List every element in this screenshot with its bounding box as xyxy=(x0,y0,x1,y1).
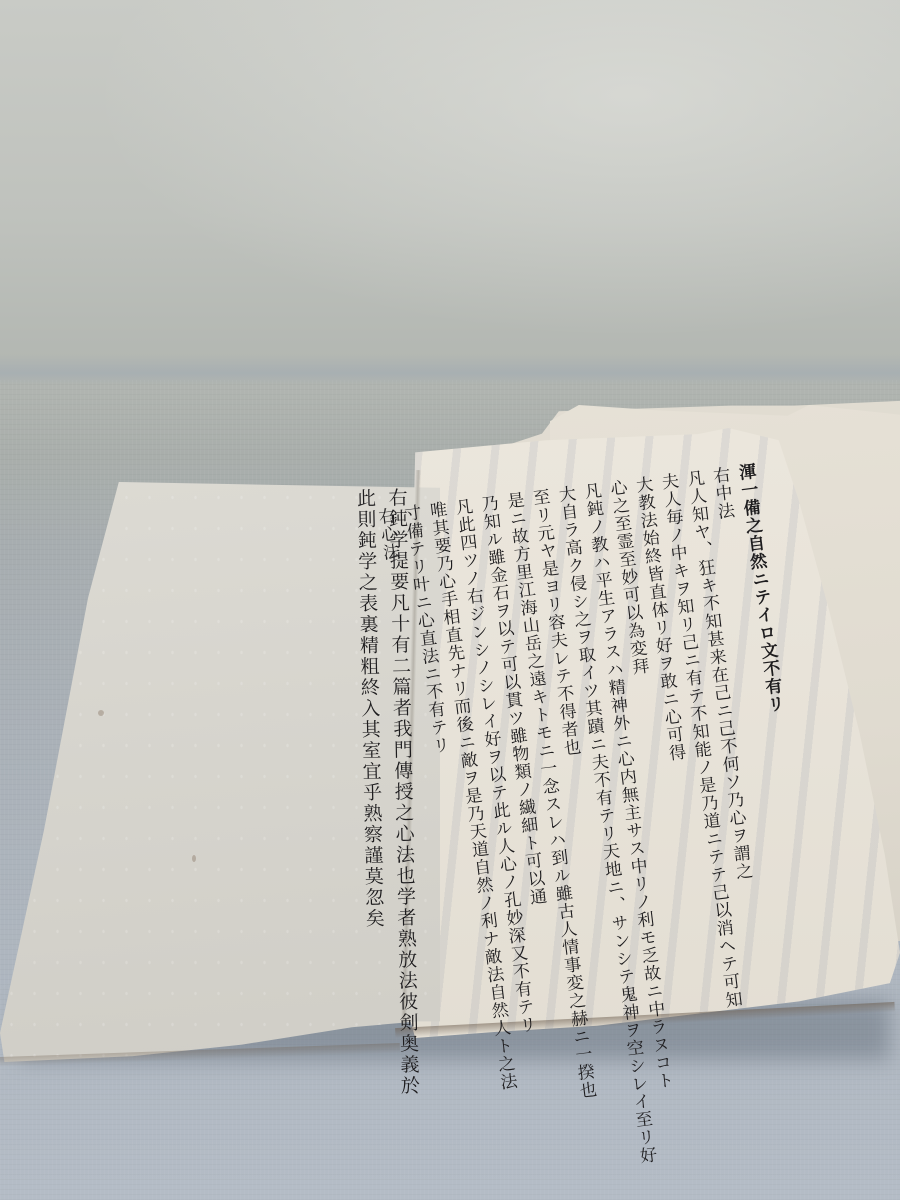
paper-spot xyxy=(192,855,196,862)
wall-backdrop xyxy=(0,0,900,380)
middle-page-text: 渾一備之自然ニテイロ文不有リ 右中法 凡人知ヤ、狂キ不知甚来在己ニ己不何ソ乃心ヲ… xyxy=(422,462,818,1019)
paper-spot xyxy=(98,710,104,716)
